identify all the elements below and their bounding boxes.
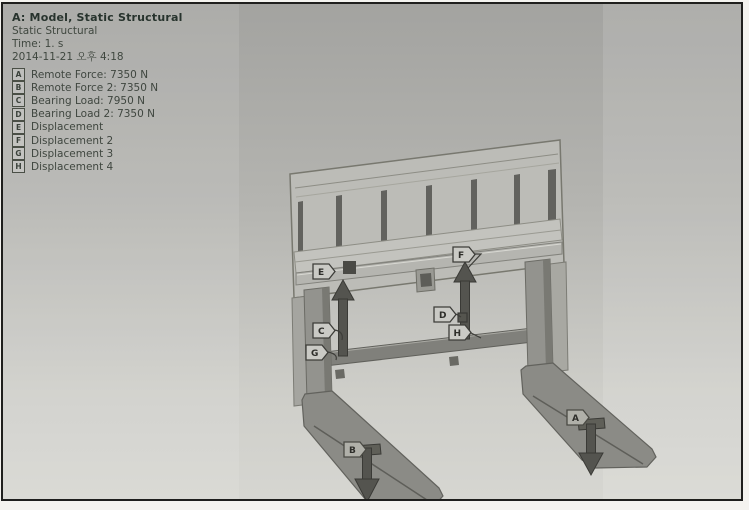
fork-carriage-model[interactable]: E F C G D H A <box>3 4 741 499</box>
svg-text:F: F <box>458 251 464 261</box>
svg-text:G: G <box>311 349 318 359</box>
annotation-tag-D[interactable]: D <box>434 307 456 322</box>
svg-text:D: D <box>439 311 446 321</box>
viewport-3d[interactable]: A: Model, Static Structural Static Struc… <box>1 2 743 501</box>
screenshot: A: Model, Static Structural Static Struc… <box>0 0 749 510</box>
svg-text:A: A <box>572 414 579 424</box>
left-fork <box>302 287 443 499</box>
svg-text:B: B <box>349 446 356 456</box>
svg-text:E: E <box>318 268 324 278</box>
annotation-tag-C[interactable]: C <box>313 323 335 338</box>
svg-text:H: H <box>454 329 462 339</box>
svg-text:C: C <box>318 327 325 337</box>
